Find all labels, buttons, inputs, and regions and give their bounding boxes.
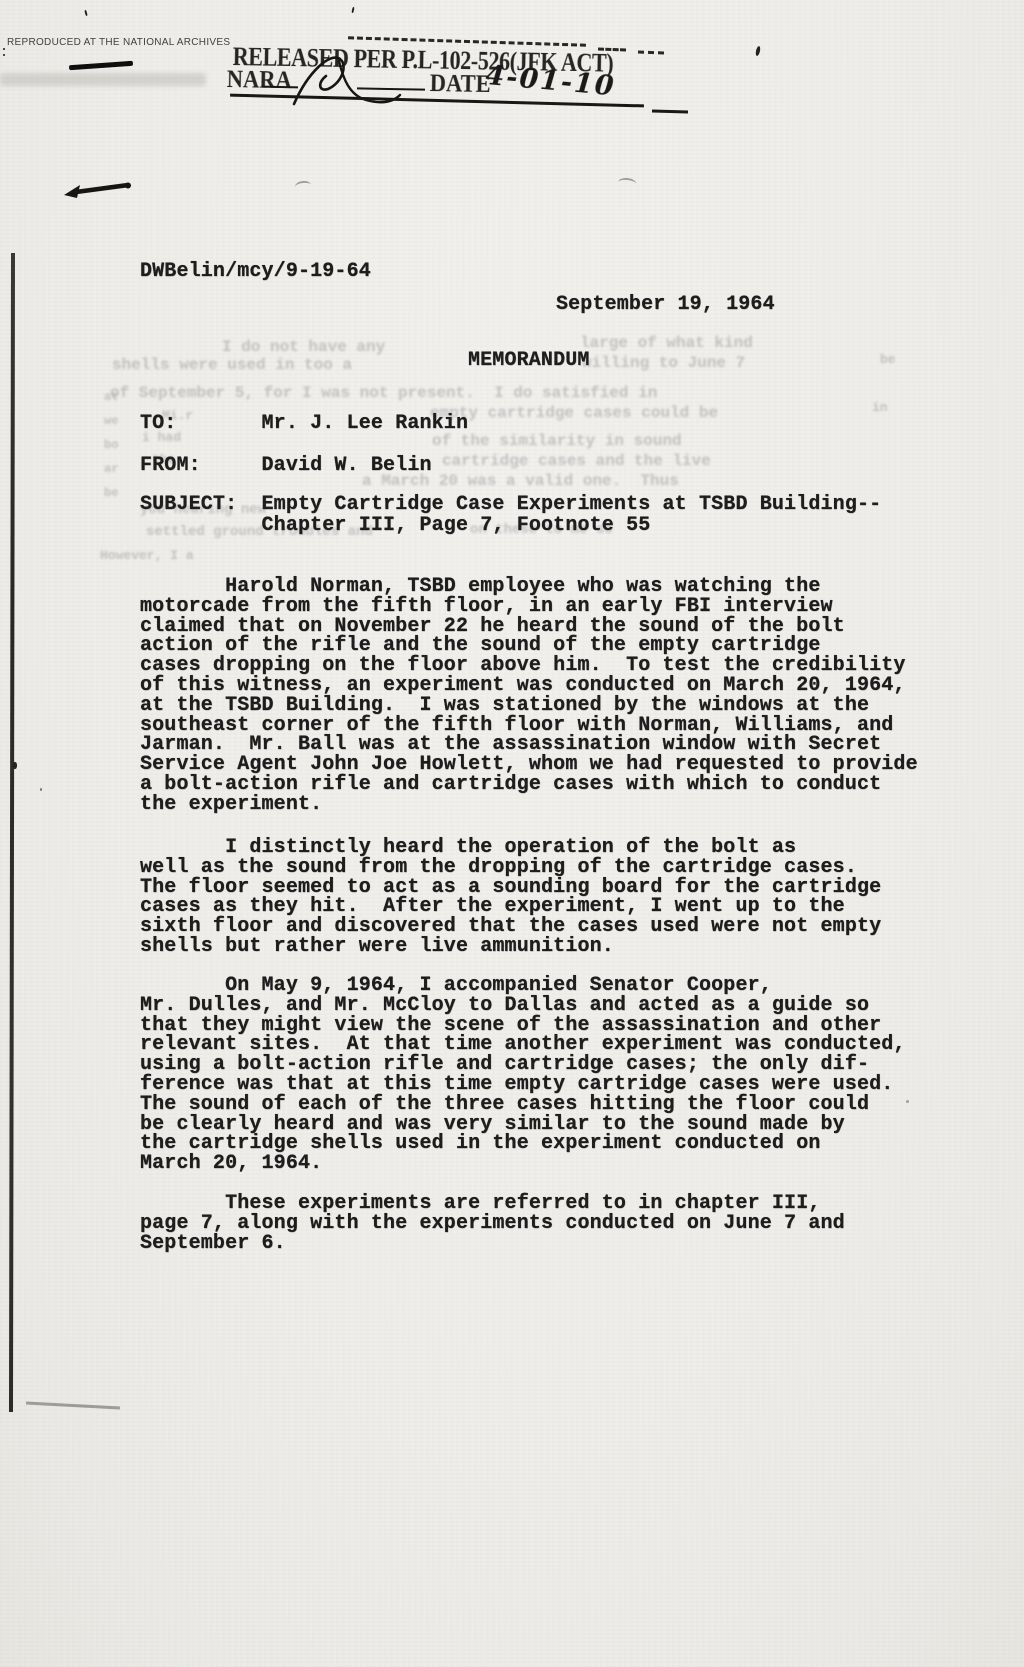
ghost-fragment: bo [104,438,118,452]
memo-heading: MEMORANDUM [468,351,590,371]
ghost-fragment: in [872,400,888,415]
ghost-fragment: cartridge cases and the live [442,452,711,470]
bottom-fold-line [26,1402,120,1409]
ghost-fragment: shells were used in too a [112,356,352,374]
scanner-smudge [0,73,206,86]
to-row: TO: Mr. J. Lee Rankin [140,414,468,434]
from-row: FROM: David W. Belin [140,456,432,476]
scan-speck [755,46,760,56]
pencil-mark [618,177,637,189]
subject-row: SUBJECT: Empty Cartridge Case Experiment… [140,495,881,536]
ghost-fragment: at [104,390,118,404]
scan-speck [3,54,5,56]
ghost-fragment: be [880,352,896,367]
handwritten-signature [288,50,418,112]
stamp-underline-dash [652,110,688,113]
ghost-fragment: I do not have any [222,338,385,356]
scan-speck [906,1100,909,1103]
ghost-fragment: of September 5, for I was not present. I… [110,384,657,402]
memo-date: September 19, 1964 [556,295,775,315]
left-margin-scan-line [9,253,15,1412]
ink-mark [69,61,133,70]
typist-slug: DWBelin/mcy/9-19-64 [140,262,371,282]
memo-paragraph-2: I distinctly heard the operation of the … [140,838,881,957]
stamp-dash [638,51,664,55]
memo-paragraph-1: Harold Norman, TSBD employee who was wat… [140,577,918,815]
scan-speck [3,48,5,50]
scan-speck [40,788,42,791]
national-archives-stamp: REPRODUCED AT THE NATIONAL ARCHIVES [7,37,230,48]
scanned-memo-page: I do not have anylarge of what kindshell… [0,0,1024,1667]
nara-label: NARA [227,66,292,95]
date-label: DATE [430,70,491,99]
scan-speck [84,10,87,16]
ghost-fragment: However, I a [100,548,194,563]
ghost-fragment: we [104,414,118,428]
ghost-fragment: be [104,486,118,500]
memo-paragraph-3: On May 9, 1964, I accompanied Senator Co… [140,976,906,1174]
ghost-fragment: willing to June 7 [582,354,745,372]
ghost-fragment: large of what kind [580,334,753,352]
ghost-fragment: ar [104,462,118,476]
scan-speck [13,762,17,769]
ghost-fragment: empty cartridge cases could be [430,404,718,422]
ghost-fragment: of the similarity in sound [432,432,682,450]
scan-speck [351,7,354,13]
arrow-mark [58,176,138,202]
memo-paragraph-4: These experiments are referred to in cha… [140,1194,845,1253]
pencil-mark [294,180,311,192]
